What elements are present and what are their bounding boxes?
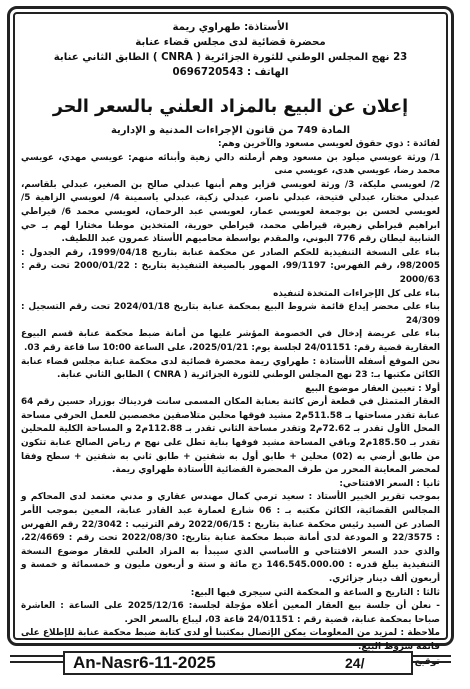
page-reference: 24/ xyxy=(345,655,364,671)
section1-heading: أولا : تعيين العقار موضوع البيع xyxy=(21,383,440,397)
announcement-title: إعلان عن البيع بالمزاد العلني بالسعر الح… xyxy=(21,94,440,120)
section2-text: بموجب تقرير الخبير الأستاذ : سعيد ترمي ك… xyxy=(21,491,440,586)
section2-heading: ثانيا : السعر الافتتاحي: xyxy=(21,478,440,492)
beneficiary-line: لفائدة : ذوي حقوق لعويسي مسعود والآخرين … xyxy=(21,138,440,152)
heirs-paragraph-2: 2/ لعويسي مليكة، 3/ ورثة لعويسي فزاير وه… xyxy=(21,179,440,247)
judgment-paragraph: بناء على النسخة التنفيذية للحكم الصادر ع… xyxy=(21,247,440,288)
section1-text: العقار المتمثل في قطعة أرض كائنة بعنابة … xyxy=(21,396,440,478)
office-address: 23 نهج المجلس الوطني للثورة الجزائرية ( … xyxy=(21,50,440,65)
footer-rule-left xyxy=(10,655,63,663)
legal-notice: الأستاذة: طهراوي ريمة محضرة قضائية لدى م… xyxy=(17,20,444,632)
section3-text: - نعلن أن جلسة بيع العقار المعين أعلاه م… xyxy=(21,600,440,627)
publication-code: An-Nasr6-11-2025 xyxy=(65,653,273,673)
bailiff-name: الأستاذة: طهراوي ريمة xyxy=(21,20,440,35)
heirs-paragraph-1: 1/ ورثة عويسي ميلود بن مسعود وهم أرملته … xyxy=(21,152,440,179)
office-title: محضرة قضائية لدى مجلس قضاء عنابة xyxy=(21,35,440,50)
procedures-paragraph: بناء على كل الإجراءات المتخذة لتنفيذه xyxy=(21,288,440,302)
conditions-deposit-paragraph: بناء على محضر إيداع قائمة شروط البيع بمح… xyxy=(21,301,440,328)
announcement-subtitle: المادة 749 من قانون الإجراءات المدنية و … xyxy=(21,124,440,138)
bailiff-statement-paragraph: نحن الموقع أسفله الأستاذة : طهراوي ريمة … xyxy=(21,356,440,383)
office-phone: الهاتف : 0696720543 xyxy=(21,65,440,80)
footer-rule-right xyxy=(413,655,451,663)
section3-heading: ثالثا : التاريخ و الساعة و المحكمة التي … xyxy=(21,587,440,601)
petition-paragraph: بناء على عريضة إدخال في الخصومة المؤشر ع… xyxy=(21,328,440,355)
publication-footer: An-Nasr6-11-2025 24/ xyxy=(63,651,413,675)
